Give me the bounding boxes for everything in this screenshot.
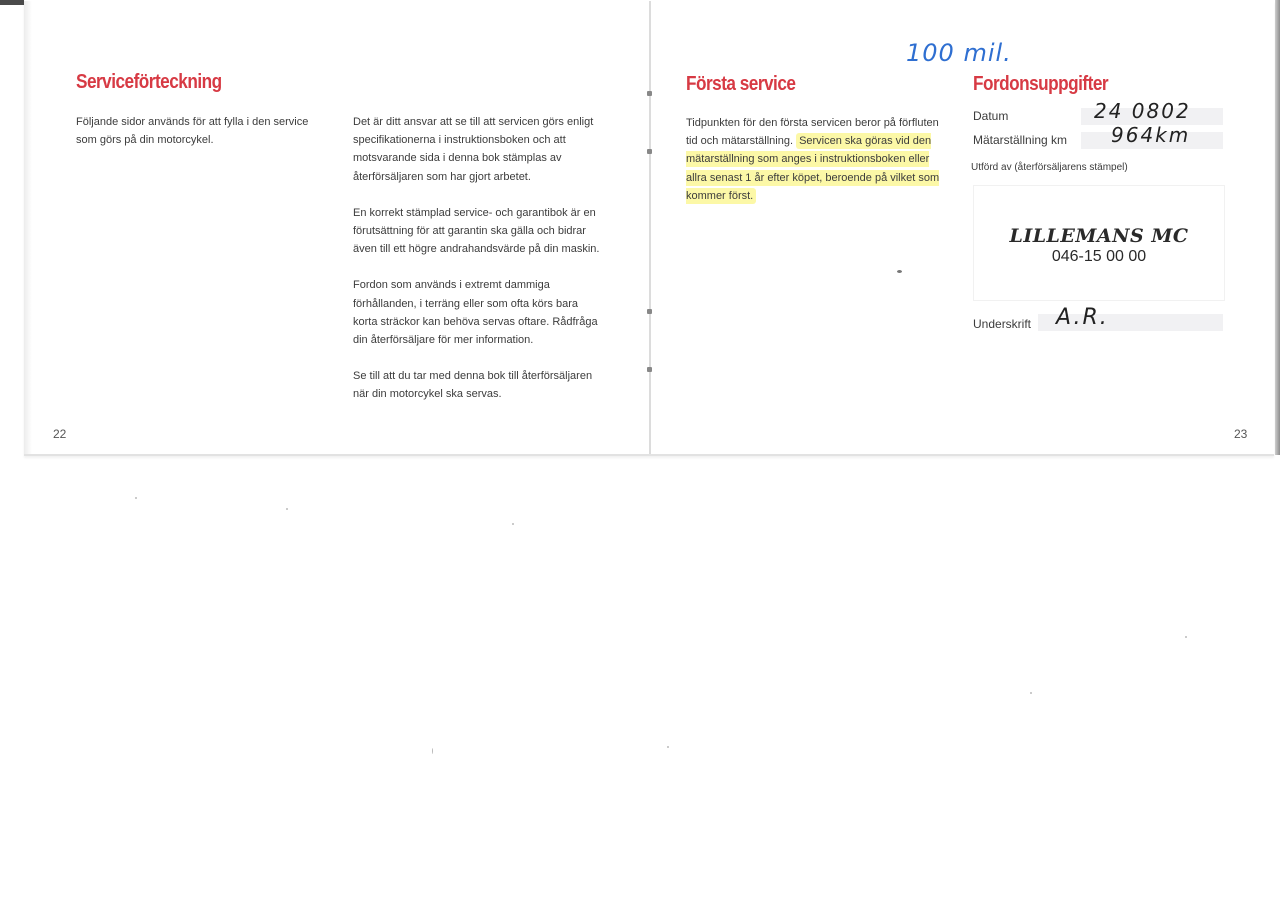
page-number: 23 [1234, 427, 1247, 441]
page-title: Första service [686, 73, 795, 96]
performed-by-label: Utförd av (återförsäljarens stämpel) [971, 162, 1128, 173]
paragraph: Fordon som används i extremt dammiga för… [353, 276, 605, 349]
intro-text: Följande sidor används för att fylla i d… [76, 113, 326, 149]
paragraph: En korrekt stämplad service- och garanti… [353, 204, 605, 259]
scan-speck [286, 508, 288, 510]
odometer-value: 964km [1111, 123, 1190, 147]
scan-speck [667, 746, 669, 748]
handwritten-note: 100 mil. [906, 39, 1012, 67]
page-number: 22 [53, 427, 66, 441]
odometer-label: Mätarställning km [973, 133, 1067, 147]
paragraph: Se till att du tar med denna bok till åt… [353, 367, 605, 403]
first-service-text: Tidpunkten för den första servicen beror… [686, 114, 944, 205]
right-page: 100 mil. Första service Tidpunkten för d… [651, 1, 1274, 454]
scan-speck [432, 748, 433, 754]
scan-speck [1185, 636, 1187, 638]
scan-speck [135, 497, 137, 499]
paragraph: Det är ditt ansvar att se till att servi… [353, 113, 605, 186]
date-label: Datum [973, 109, 1008, 123]
body-column: Det är ditt ansvar att se till att servi… [353, 113, 605, 404]
booklet-spread: Serviceförteckning Följande sidor använd… [24, 1, 1274, 456]
date-value: 24 0802 [1094, 99, 1191, 123]
scan-edge [1275, 0, 1280, 455]
dealer-stamp-phone: 046-15 00 00 [974, 248, 1224, 266]
dealer-stamp-name: LILLEMANS MC [974, 225, 1224, 247]
scan-speck [1030, 692, 1032, 694]
dealer-stamp-box[interactable]: LILLEMANS MC 046-15 00 00 [973, 185, 1225, 301]
scan-edge [0, 0, 24, 5]
signature-value: A.R. [1056, 305, 1109, 330]
intro-paragraph: Följande sidor används för att fylla i d… [76, 113, 326, 149]
scan-speck [897, 270, 902, 273]
signature-label: Underskrift [973, 317, 1031, 331]
scan-speck [512, 523, 514, 525]
page-title: Serviceförteckning [76, 71, 222, 94]
vehicle-info-title: Fordonsuppgifter [973, 73, 1108, 96]
left-page: Serviceförteckning Följande sidor använd… [24, 1, 649, 454]
